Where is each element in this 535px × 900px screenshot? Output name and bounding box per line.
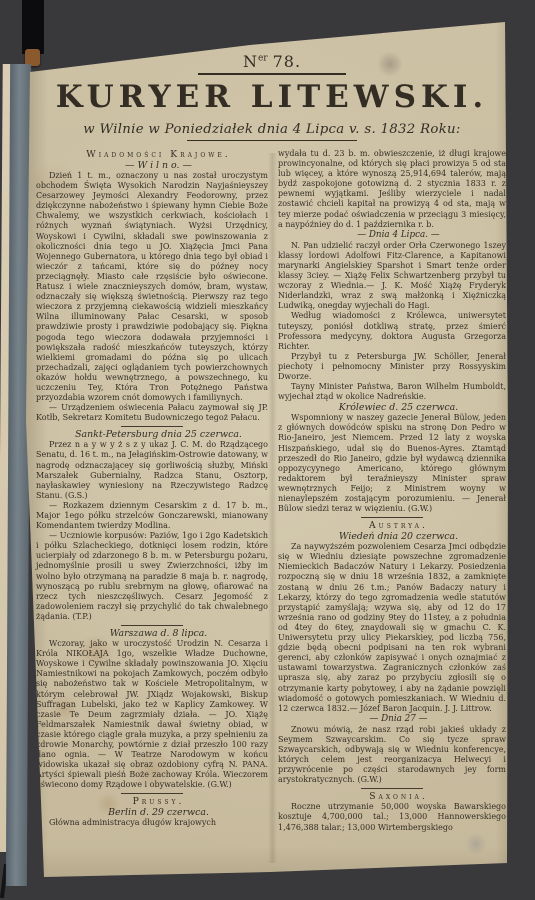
section-divider-rule [121, 793, 183, 794]
article-petersburg-ukaz: Przez n a y w y ż s z y ukaz J. C. M. do… [36, 440, 268, 501]
right-column: wydała tu d. 23 b. m. obwieszczenie, iż … [278, 149, 506, 833]
article-palace-lighting-note: — Urządzeniem oświecenia Pałacu zaymował… [36, 403, 268, 423]
column-fold-shadow [268, 153, 277, 863]
masthead-title: KURYER LITEWSKI. [34, 79, 510, 115]
section-heading-saxonia: Saxonia. [278, 791, 506, 802]
heading-dnia-4-lipca: — Dnia 4 Lipca. — [278, 230, 506, 241]
article-krolewiec-university-loss: Według wiadomości z Królewca, uniwersyte… [278, 311, 506, 351]
section-divider-rule [121, 426, 183, 427]
section-divider-rule [121, 625, 183, 626]
binding-strip [6, 64, 31, 886]
section-divider-rule [361, 788, 423, 789]
masthead: Ner78. KURYER LITEWSKI. w Wilnie w Ponie… [24, 18, 510, 141]
article-petersburg-order: — Rozkazem dziennym Cesarskim z d. 17 b.… [36, 501, 268, 531]
heading-sankt-petersburg: Sankt-Petersburg dnia 25 czerwca. [36, 429, 268, 440]
newspaper-page: Ner78. KURYER LITEWSKI. w Wilnie w Ponie… [24, 18, 510, 880]
issue-number: Ner78. [34, 52, 510, 71]
heading-berlin: Berlin d. 29 czerwca. [36, 807, 268, 818]
article-saxonia-army-costs: Roczne utrzymanie 50,000 woyska Bawarski… [278, 802, 506, 832]
heading-dnia-27: — Dnia 27 — [278, 714, 506, 725]
section-heading-austrya: Austrya. [278, 520, 506, 531]
heading-krolewiec: Królewiec d. 25 czerwca. [278, 402, 506, 413]
article-warszawa-celebration: Wczoray, jako w uroczystość Urodzin N. C… [36, 639, 268, 790]
scan-backdrop: { "masthead": { "issue_prefix": "N", "is… [0, 0, 535, 900]
heading-wieden: Wiedeń dnia 20 czerwca. [278, 531, 506, 542]
article-swiss-affairs: Znowu mówią, że nasz rząd robi jakieś uk… [278, 725, 506, 786]
issue-rule [198, 73, 346, 75]
article-debt-announcement-continuation: wydała tu d. 23 b. m. obwieszczenie, iż … [278, 149, 506, 230]
issue-value: 78. [273, 52, 301, 71]
article-scholler-arrival: Przybył tu z Petersburga JW. Schöller, J… [278, 352, 506, 382]
heading-wilno: — W i l n o. — [36, 160, 268, 171]
section-heading-prussy: Prussy. [36, 796, 268, 807]
heading-warszawa: Warszawa d. 8 lipca. [36, 628, 268, 639]
issue-superscript: er [258, 54, 268, 64]
article-cadets-donation: — Uczniowie korpusów: Paziów, 1go i 2go … [36, 531, 268, 622]
article-debt-administration-lead: Główna administracya długów krajowych [36, 818, 268, 828]
article-vienna-naturalists-congress: Za naywyższém pozwoleniem Cesarza Jmci o… [278, 542, 506, 714]
article-humboldt-departure: Tayny Minister Państwa, Baron Wilhelm Hu… [278, 382, 506, 402]
article-wilno-celebration: Dzień 1 t. m., oznaczony u nas został ur… [36, 171, 268, 403]
section-heading-wiadomosci-krajowe: Wiadomości Krajowe. [36, 149, 268, 160]
dateline: w Wilnie w Poniedziałek dnia 4 Lipca v. … [34, 122, 510, 137]
section-divider-rule [361, 517, 423, 518]
issue-prefix: N [243, 52, 258, 71]
binder-clamp [22, 0, 44, 54]
left-column: Wiadomości Krajowe. — W i l n o. — Dzień… [36, 149, 268, 833]
article-columns: Wiadomości Krajowe. — W i l n o. — Dzień… [24, 141, 510, 833]
article-bulow: Wspomniony w naszey gazecie Jenerał Bülo… [278, 413, 506, 514]
article-orders-and-travels: N. Pan udzielić raczył order Orła Czerwo… [278, 241, 506, 312]
